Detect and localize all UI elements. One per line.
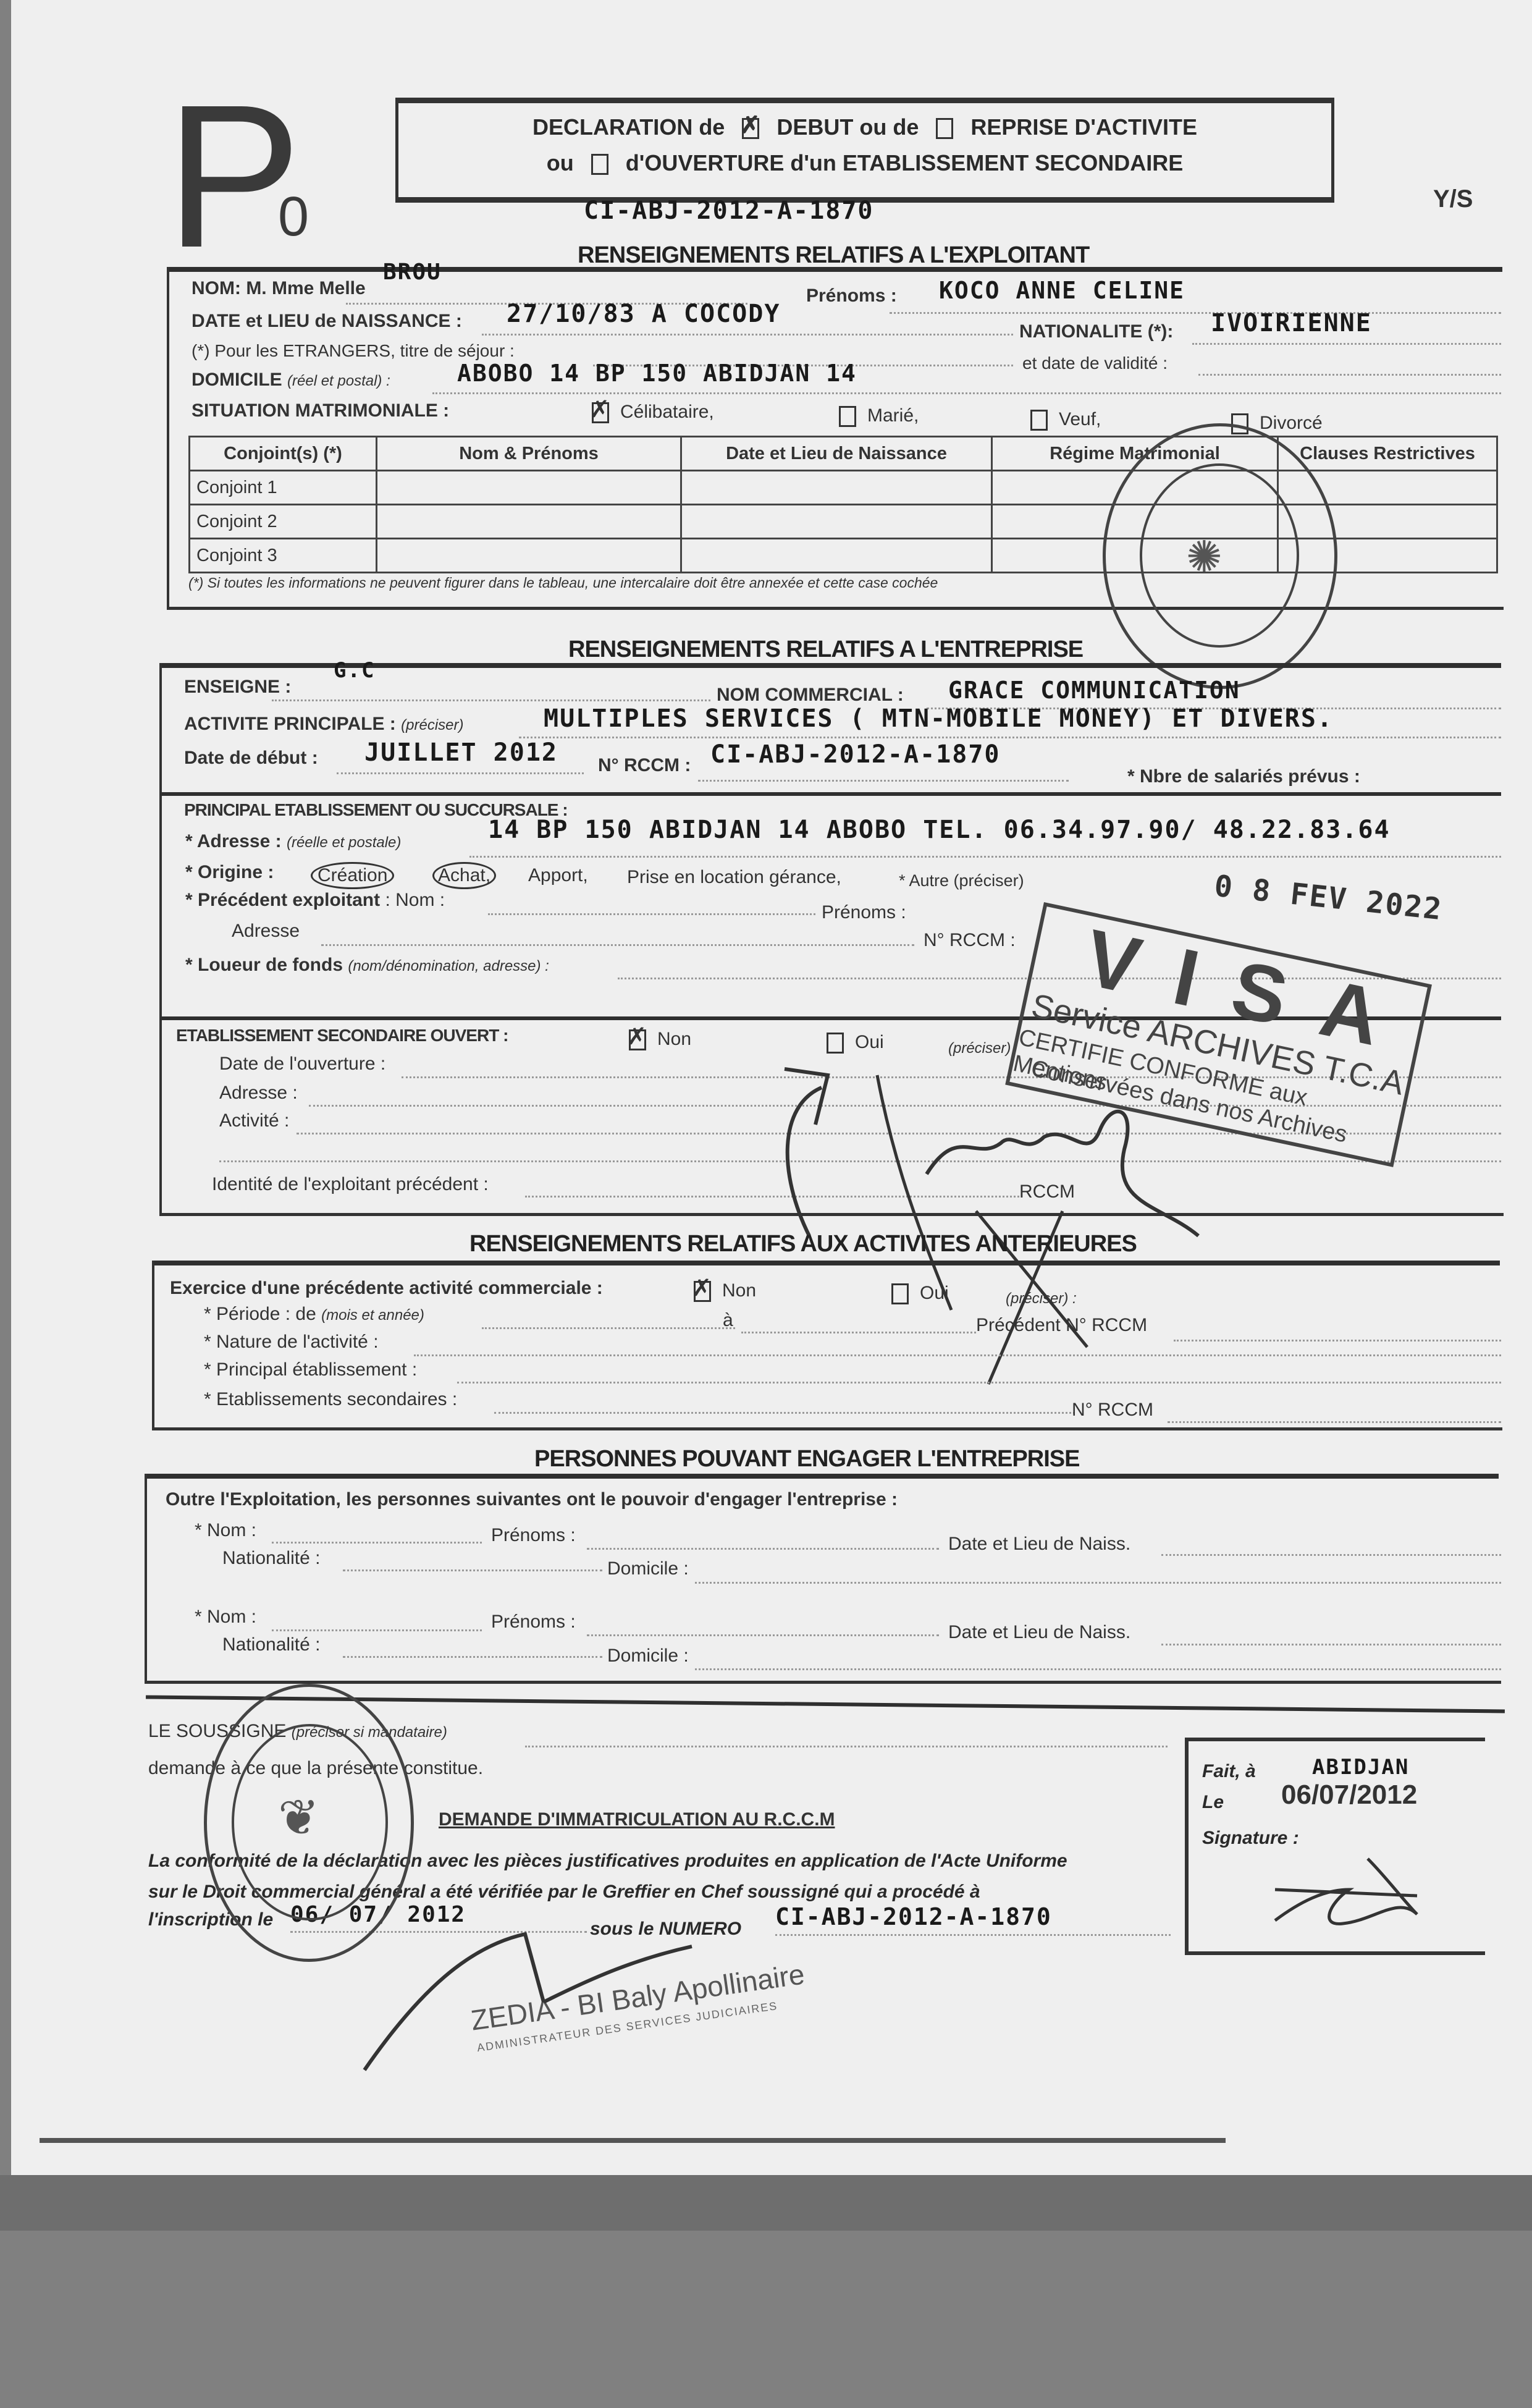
- personne-1-naiss: Date et Lieu de Naiss.: [948, 1534, 1130, 1555]
- date-debut-value[interactable]: JUILLET 2012: [364, 738, 558, 767]
- checkbox-ouverture[interactable]: [591, 154, 608, 175]
- enseigne-line: [272, 699, 710, 701]
- precedent-adresse-label: Adresse: [232, 921, 300, 942]
- header-line-1: DECLARATION de DEBUT ou de REPRISE D'ACT…: [398, 114, 1331, 140]
- adresse-line: [469, 856, 1501, 858]
- row-label: Conjoint 2: [190, 505, 377, 539]
- nom-value[interactable]: BROU: [383, 260, 442, 285]
- adresse-value[interactable]: 14 BP 150 ABIDJAN 14 ABOBO TEL. 06.34.97…: [488, 816, 1391, 844]
- secondaire-label: ETABLISSEMENT SECONDAIRE OUVERT :: [176, 1026, 508, 1046]
- personne-1-naiss-line[interactable]: [1161, 1554, 1501, 1556]
- nationalite-label: NATIONALITE (*):: [1019, 321, 1173, 342]
- domicile-label: DOMICILE (réel et postal) :: [192, 370, 390, 391]
- precedent-adresse-line: [321, 944, 914, 946]
- nationalite-line: [1192, 343, 1501, 345]
- column-header: Date et Lieu de Naissance: [681, 437, 992, 471]
- section-title-exploitant: RENSEIGNEMENTS RELATIFS A L'EXPLOITANT: [578, 242, 1089, 269]
- personne-2-naiss: Date et Lieu de Naiss.: [948, 1622, 1130, 1643]
- secondaires-line: [494, 1412, 1075, 1414]
- date-debut-line: [337, 772, 584, 774]
- origine-creation[interactable]: Création: [311, 862, 394, 889]
- cell[interactable]: [681, 471, 992, 505]
- le-value[interactable]: 06/07/2012: [1281, 1780, 1417, 1810]
- tribunal-stamp: ✺: [1103, 423, 1337, 689]
- domicile-value[interactable]: ABOBO 14 BP 150 ABIDJAN 14: [457, 360, 857, 387]
- spouse-footnote: (*) Si toutes les informations ne peuven…: [188, 575, 938, 591]
- rccm-line: [698, 780, 1069, 782]
- section-title-anterieures: RENSEIGNEMENTS RELATIFS AUX ACTIVITES AN…: [469, 1231, 1137, 1257]
- row-label: Conjoint 1: [190, 471, 377, 505]
- le-label: Le: [1202, 1792, 1224, 1813]
- personne-2-prenoms-line[interactable]: [587, 1634, 939, 1636]
- column-header: Conjoint(s) (*): [190, 437, 377, 471]
- etrangers-label: (*) Pour les ETRANGERS, titre de séjour …: [192, 341, 515, 361]
- checkbox-reprise[interactable]: [936, 118, 953, 139]
- nature-line: [414, 1354, 1501, 1356]
- scanner-band: [0, 2175, 1532, 2231]
- anterieures-non[interactable]: Non: [683, 1280, 756, 1302]
- checkbox-marie[interactable]: [839, 406, 856, 427]
- identite-label: Identité de l'exploitant précédent :: [212, 1174, 489, 1195]
- enseigne-label: ENSEIGNE :: [184, 677, 291, 698]
- anterieures-oui[interactable]: Oui: [880, 1283, 949, 1304]
- activite-value[interactable]: MULTIPLES SERVICES ( MTN-MOBILE MONEY) E…: [544, 704, 1333, 733]
- prenoms-label: Prénoms :: [806, 285, 897, 306]
- date-debut-label: Date de début :: [184, 748, 318, 769]
- divider: [161, 792, 1501, 796]
- personne-2-nom-line[interactable]: [272, 1629, 482, 1631]
- header-text: ou: [547, 150, 574, 175]
- nature-label: * Nature de l'activité :: [204, 1332, 379, 1353]
- precedent-rccm-label: Précédent N° RCCM: [976, 1315, 1147, 1336]
- checkbox-celibataire[interactable]: [592, 402, 609, 423]
- fait-label: Fait, à: [1202, 1761, 1256, 1782]
- precedent-nom-line: [488, 913, 815, 915]
- prenoms-line: [890, 312, 1501, 314]
- checkbox-debut[interactable]: [742, 118, 759, 139]
- rccm-number-top: CI-ABJ-2012-A-1870: [584, 196, 873, 225]
- activite-line: [519, 737, 1501, 738]
- personne-1-prenoms-line[interactable]: [587, 1548, 939, 1550]
- periode-a-line: [741, 1332, 976, 1333]
- enseigne-value[interactable]: G.C: [334, 658, 375, 683]
- personne-1-domicile-line[interactable]: [695, 1582, 1501, 1584]
- cell[interactable]: [377, 471, 681, 505]
- signature-label: Signature :: [1202, 1828, 1299, 1849]
- inscription-number-line: [775, 1934, 1171, 1936]
- header-text: d'OUVERTURE d'un ETABLISSEMENT SECONDAIR…: [626, 150, 1183, 175]
- form-sub: 0: [278, 185, 309, 249]
- personne-1-nationalite-line[interactable]: [343, 1569, 602, 1571]
- personne-2-nationalite: Nationalité :: [222, 1634, 320, 1655]
- personne-2-naiss-line[interactable]: [1161, 1644, 1501, 1645]
- principal-etablissement-line: [457, 1382, 1501, 1384]
- option-celibataire[interactable]: Célibataire,: [581, 402, 714, 423]
- periode-label: * Période : de (mois et année): [204, 1304, 424, 1325]
- section-title-entreprise: RENSEIGNEMENTS RELATIFS A L'ENTREPRISE: [568, 636, 1083, 663]
- personne-2-nationalite-line[interactable]: [343, 1656, 602, 1658]
- situation-label: SITUATION MATRIMONIALE :: [192, 400, 449, 421]
- secondaires-rccm-line: [1168, 1421, 1501, 1423]
- header-text: DECLARATION de: [532, 114, 725, 140]
- nom-commercial-value[interactable]: GRACE COMMUNICATION: [948, 677, 1240, 704]
- naissance-label: DATE et LIEU de NAISSANCE :: [192, 311, 462, 332]
- origine-location-gerance[interactable]: Prise en location gérance,: [627, 867, 841, 888]
- greffier-signature-icon: [346, 1922, 778, 2082]
- nom-commercial-label: NOM COMMERCIAL :: [717, 685, 904, 706]
- prenoms-value[interactable]: KOCO ANNE CELINE: [939, 277, 1185, 304]
- checkbox-secondaire-non[interactable]: [629, 1029, 646, 1050]
- personne-1-nom-line[interactable]: [272, 1542, 482, 1544]
- precedent-rccm-line: [1174, 1340, 1501, 1341]
- personne-1-domicile: Domicile :: [607, 1558, 689, 1579]
- header-line-2: ou d'OUVERTURE d'un ETABLISSEMENT SECOND…: [398, 150, 1331, 176]
- loueur-label: * Loueur de fonds (nom/dénomination, adr…: [185, 955, 549, 976]
- greffier-seal: ❦: [204, 1684, 414, 1962]
- validite-line: [1198, 374, 1501, 376]
- personne-1-nationalite: Nationalité :: [222, 1548, 320, 1569]
- signature-icon: [1263, 1852, 1436, 1939]
- origine-apport[interactable]: Apport,: [528, 865, 588, 886]
- activite-label: ACTIVITE PRINCIPALE : (préciser): [184, 714, 463, 735]
- option-marie[interactable]: Marié,: [828, 405, 919, 427]
- option-veuf[interactable]: Veuf,: [1019, 409, 1101, 431]
- rccm-label: N° RCCM :: [598, 755, 691, 776]
- principal-etablissement-label: * Principal établissement :: [204, 1359, 417, 1380]
- checkbox-veuf[interactable]: [1030, 410, 1048, 431]
- fait-value[interactable]: ABIDJAN: [1312, 1755, 1409, 1780]
- anterieures-preciser: (préciser) :: [1006, 1290, 1077, 1308]
- fait-box: Fait, à ABIDJAN Le 06/07/2012 Signature …: [1185, 1738, 1485, 1955]
- declaration-header-box: DECLARATION de DEBUT ou de REPRISE D'ACT…: [395, 98, 1334, 203]
- domicile-line: [432, 392, 1501, 394]
- adresse-label: * Adresse : (réelle et postale): [185, 831, 401, 852]
- cell[interactable]: [681, 505, 992, 539]
- emblem-icon: ❦: [278, 1789, 319, 1846]
- personnes-intro: Outre l'Exploitation, les personnes suiv…: [166, 1489, 898, 1510]
- validite-label: et date de validité :: [1022, 353, 1168, 373]
- personne-1-nom: * Nom :: [195, 1520, 256, 1541]
- soussigne-line: [525, 1746, 1168, 1747]
- precedent-label: * Précédent exploitant : Nom :: [185, 890, 445, 911]
- header-text: REPRISE D'ACTIVITE: [970, 114, 1197, 140]
- inscription-number[interactable]: CI-ABJ-2012-A-1870: [775, 1903, 1052, 1930]
- cell[interactable]: [377, 505, 681, 539]
- secondaires-rccm-label: N° RCCM: [1072, 1400, 1153, 1421]
- exercice-label: Exercice d'une précédente activité comme…: [170, 1278, 603, 1299]
- sec-adresse-label: Adresse :: [219, 1083, 298, 1104]
- nom-label: NOM: M. Mme Melle: [192, 278, 366, 299]
- bottom-rule: [40, 2138, 1226, 2143]
- periode-a-label: à: [723, 1310, 733, 1331]
- personne-2-domicile-line[interactable]: [695, 1668, 1501, 1670]
- precedent-rccm-label: N° RCCM :: [924, 930, 1016, 951]
- origine-label: * Origine :: [185, 862, 274, 883]
- personne-2-nom: * Nom :: [195, 1607, 256, 1628]
- corner-note: Y/S: [1433, 185, 1473, 213]
- sec-activite-label: Activité :: [219, 1110, 289, 1131]
- section-title-personnes: PERSONNES POUVANT ENGAGER L'ENTREPRISE: [534, 1446, 1079, 1472]
- precedent-prenoms-label: Prénoms :: [822, 902, 906, 923]
- periode-de-line: [482, 1327, 735, 1329]
- nationalite-value[interactable]: IVOIRIENNE: [1211, 309, 1372, 337]
- column-header: Clauses Restrictives: [1278, 437, 1497, 471]
- personne-2-domicile: Domicile :: [607, 1645, 689, 1667]
- date-ouverture-label: Date de l'ouverture :: [219, 1054, 385, 1075]
- column-header: Nom & Prénoms: [377, 437, 681, 471]
- origine-achat[interactable]: Achat,: [432, 862, 496, 889]
- emblem-icon: ✺: [1186, 531, 1223, 582]
- cell[interactable]: [681, 539, 992, 573]
- salaries-label: * Nbre de salariés prévus :: [1127, 766, 1360, 787]
- checkbox-anterieures-oui[interactable]: [891, 1283, 909, 1304]
- naissance-line: [482, 334, 1013, 336]
- demande-title: DEMANDE D'IMMATRICULATION AU R.C.C.M: [439, 1809, 835, 1830]
- naissance-value[interactable]: 27/10/83 A COCODY: [507, 300, 780, 328]
- checkbox-anterieures-non[interactable]: [694, 1281, 711, 1302]
- row-label: Conjoint 3: [190, 539, 377, 573]
- secondaire-non[interactable]: Non: [618, 1029, 691, 1050]
- secondaires-label: * Etablissements secondaires :: [204, 1389, 457, 1410]
- header-text: DEBUT ou de: [777, 114, 919, 140]
- personne-2-prenoms: Prénoms :: [491, 1612, 576, 1633]
- cell[interactable]: [377, 539, 681, 573]
- origine-autre[interactable]: * Autre (préciser): [899, 871, 1024, 890]
- personne-1-prenoms: Prénoms :: [491, 1525, 576, 1546]
- rccm-value[interactable]: CI-ABJ-2012-A-1870: [710, 740, 1000, 769]
